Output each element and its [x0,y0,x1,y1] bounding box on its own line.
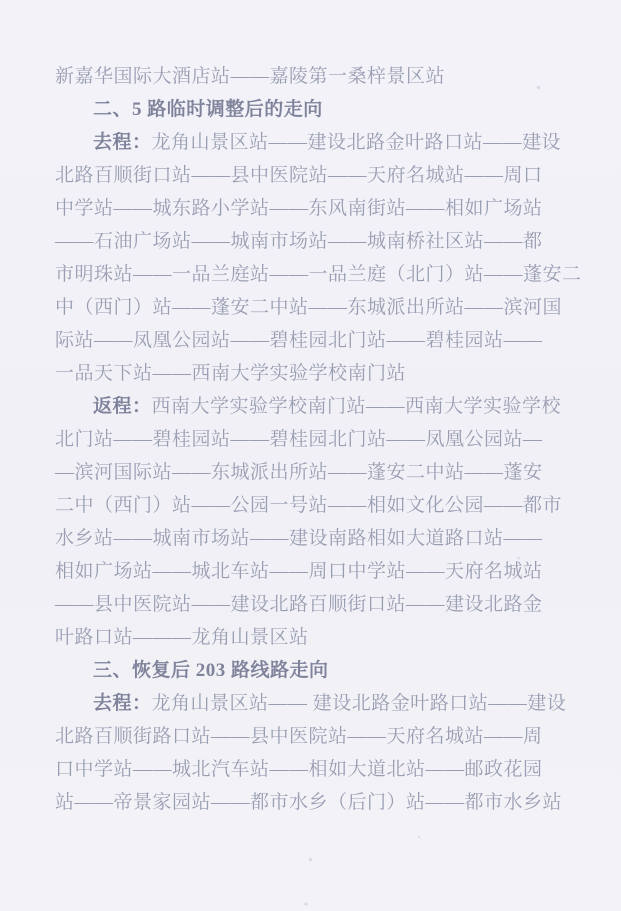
line-text: 新嘉华国际大酒店站——嘉陵第一桑梓景区站 [55,66,445,87]
line-text: —滨河国际站——东城派出所站——蓬安二中站——蓬安 [55,462,543,483]
document-line: 水乡站——城南市场站——建设南路相如大道路口站—— [55,522,581,555]
document-line: 际站——凤凰公园站——碧桂园北门站——碧桂园站—— [55,324,581,357]
document-line: 北路百顺街口站——县中医院站——天府名城站——周口 [55,159,581,192]
line-text: 北路百顺街路口站——县中医院站——天府名城站——周 [55,726,543,747]
line-text: ——石油广场站——城南市场站——城南桥社区站——都 [55,231,543,252]
line-text: 西南大学实验学校南门站——西南大学实验学校 [152,396,562,417]
document-line: —滨河国际站——东城派出所站——蓬安二中站——蓬安 [55,456,581,489]
scan-speck [304,903,308,905]
line-text: 一品天下站——西南大学实验学校南门站 [55,363,406,384]
section-2-heading: 二、5 路临时调整后的走向 [55,93,581,126]
line-text: 市明珠站——一品兰庭站——一品兰庭（北门）站——蓬安二 [55,264,582,285]
document-line: 中学站——城东路小学站——东风南街站——相如广场站 [55,192,581,225]
line-prefix: 三、恢复后 203 路线路走向 [93,660,329,681]
line-text: 龙角山景区站——建设北路金叶路口站——建设 [152,132,562,153]
line-text: 站——帝景家园站——都市水乡（后门）站——都市水乡站 [55,792,562,813]
document-line: 北路百顺街路口站——县中医院站——天府名城站——周 [55,720,581,753]
line-text: ——县中医院站——建设北路百顺街口站——建设北路金 [55,594,543,615]
document-line: 口中学站——城北汽车站——相如大道北站——邮政花园 [55,753,581,786]
document-line: 去程：龙角山景区站—— 建设北路金叶路口站——建设 [55,687,581,720]
line-text: 叶路口站———龙角山景区站 [55,627,309,648]
route-direction-label: 返程： [93,396,152,417]
document-body: 新嘉华国际大酒店站——嘉陵第一桑梓景区站 二、5 路临时调整后的走向 去程：龙角… [55,60,581,819]
document-line: 一品天下站——西南大学实验学校南门站 [55,357,581,390]
line-text: 口中学站——城北汽车站——相如大道北站——邮政花园 [55,759,543,780]
line-text: 际站——凤凰公园站——碧桂园北门站——碧桂园站—— [55,330,543,351]
line-text: 中（西门）站——蓬安二中站——东城派出所站——滨河国 [55,297,562,318]
scan-speck [418,836,420,838]
line-text: 中学站——城东路小学站——东风南街站——相如广场站 [55,198,543,219]
document-line: 新嘉华国际大酒店站——嘉陵第一桑梓景区站 [55,60,581,93]
document-line: 返程：西南大学实验学校南门站——西南大学实验学校 [55,390,581,423]
document-line: 相如广场站——城北车站——周口中学站——天府名城站 [55,555,581,588]
scan-speck [537,86,540,89]
scan-speck [309,858,312,861]
document-line: 站——帝景家园站——都市水乡（后门）站——都市水乡站 [55,786,581,819]
line-text: 水乡站——城南市场站——建设南路相如大道路口站—— [55,528,543,549]
document-line: 去程：龙角山景区站——建设北路金叶路口站——建设 [55,126,581,159]
route-direction-label: 去程： [93,132,152,153]
document-line: 北门站——碧桂园站——碧桂园北门站——凤凰公园站— [55,423,581,456]
line-text: 龙角山景区站—— 建设北路金叶路口站——建设 [152,693,567,714]
route-direction-label: 去程： [93,693,152,714]
line-text: 相如广场站——城北车站——周口中学站——天府名城站 [55,561,543,582]
document-line: ——县中医院站——建设北路百顺街口站——建设北路金 [55,588,581,621]
scan-speck [517,557,520,559]
document-line: 中（西门）站——蓬安二中站——东城派出所站——滨河国 [55,291,581,324]
line-text: 二中（西门）站——公园一号站——相如文化公园——都市 [55,495,562,516]
section-3-heading: 三、恢复后 203 路线路走向 [55,654,581,687]
document-line: 二中（西门）站——公园一号站——相如文化公园——都市 [55,489,581,522]
line-text: 北门站——碧桂园站——碧桂园北门站——凤凰公园站— [55,429,543,450]
line-prefix: 二、5 路临时调整后的走向 [93,99,323,120]
scanned-page: 新嘉华国际大酒店站——嘉陵第一桑梓景区站 二、5 路临时调整后的走向 去程：龙角… [0,0,621,911]
scan-speck [540,143,542,145]
document-line: 市明珠站——一品兰庭站——一品兰庭（北门）站——蓬安二 [55,258,581,291]
document-line: ——石油广场站——城南市场站——城南桥社区站——都 [55,225,581,258]
line-text: 北路百顺街口站——县中医院站——天府名城站——周口 [55,165,543,186]
document-line: 叶路口站———龙角山景区站 [55,621,581,654]
